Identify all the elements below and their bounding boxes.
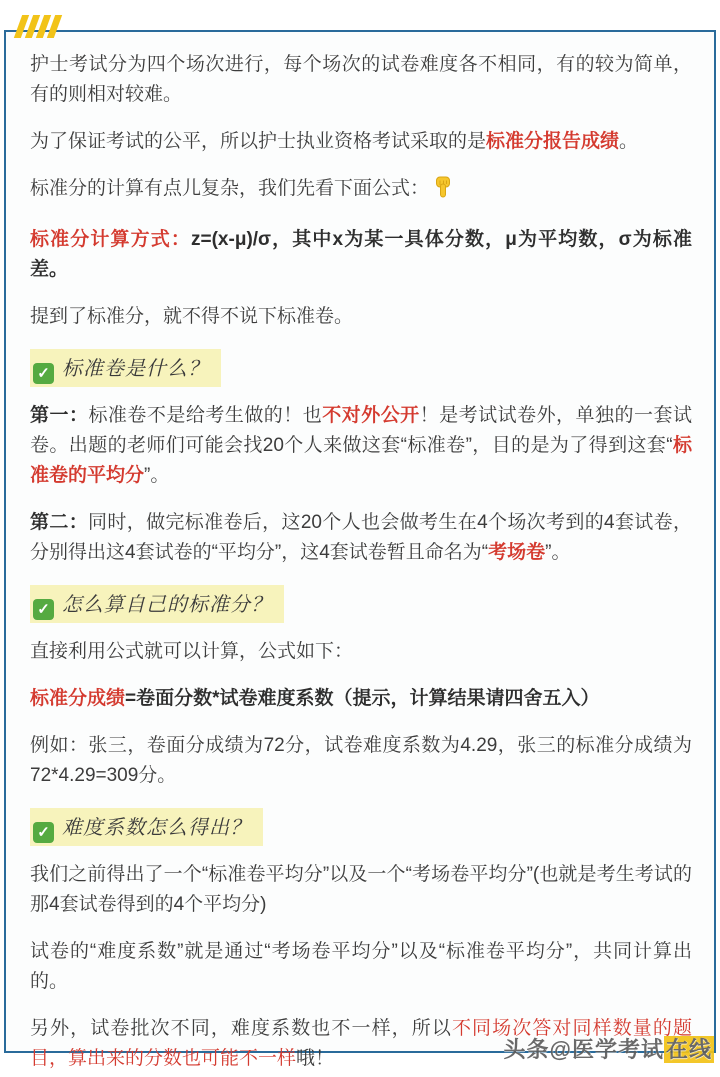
paragraph: 例如：张三，卷面分成绩为72分，试卷难度系数为4.29，张三的标准分成绩为72*…	[30, 731, 692, 791]
text-run-bold: =卷面分数*试卷难度系数（提示，计算结果请四舍五入）	[125, 688, 600, 709]
text-run-bold: 第一：	[30, 405, 88, 426]
section-heading: ✓难度系数怎么得出？	[30, 808, 692, 846]
heading-highlight: ✓怎么算自己的标准分？	[30, 585, 284, 623]
text-run: 标准卷不是给考生做的！也	[88, 405, 322, 426]
watermark-text: 头条@医学考试	[504, 1037, 664, 1062]
paragraph: 标准分计算方式：z=(x-μ)/σ，其中x为某一具体分数，μ为平均数，σ为标准差…	[30, 225, 692, 285]
heading-text: 难度系数怎么得出？	[62, 817, 251, 839]
green-check-icon: ✓	[33, 363, 54, 384]
heading-highlight: ✓标准卷是什么？	[30, 349, 221, 387]
paragraph: 直接利用公式就可以计算，公式如下：	[30, 637, 692, 667]
text-run: 另外，试卷批次不同，难度系数也不一样，所以	[30, 1018, 452, 1039]
text-run-red-bold: 标准分报告成绩	[486, 131, 619, 152]
heading-highlight: ✓难度系数怎么得出？	[30, 808, 263, 846]
paragraph: 试卷的“难度系数”就是通过“考场卷平均分”以及“标准卷平均分”，共同计算出的。	[30, 937, 692, 997]
text-run: 直接利用公式就可以计算，公式如下：	[30, 641, 353, 662]
watermark: 头条@医学考试在线	[504, 1033, 714, 1064]
heading-text: 怎么算自己的标准分？	[62, 594, 272, 616]
text-run: 我们之前得出了一个“标准卷平均分”以及一个“考场卷平均分”(也就是考生考试的那4…	[30, 864, 692, 915]
paragraph: 标准分的计算有点儿复杂，我们先看下面公式：	[30, 174, 692, 208]
text-run: 。	[619, 131, 638, 152]
heading-text: 标准卷是什么？	[62, 358, 209, 380]
text-run: 同时，做完标准卷后，这20个人也会做考生在4个场次考到的4套试卷，分别得出这4套…	[30, 512, 692, 563]
text-run: 护士考试分为四个场次进行，每个场次的试卷难度各不相同，有的较为简单，有的则相对较…	[30, 54, 692, 105]
section-heading: ✓怎么算自己的标准分？	[30, 585, 692, 623]
paragraph: 第一：标准卷不是给考生做的！也不对外公开！是考试试卷外，单独的一套试卷。出题的老…	[30, 401, 692, 491]
text-run: ”。	[545, 542, 570, 563]
text-run: 标准分的计算有点儿复杂，我们先看下面公式：	[30, 178, 429, 199]
text-run: 例如：张三，卷面分成绩为72分，试卷难度系数为4.29，张三的标准分成绩为72*…	[30, 735, 692, 786]
text-run: 试卷的“难度系数”就是通过“考场卷平均分”以及“标准卷平均分”，共同计算出的。	[30, 941, 692, 992]
text-run: ”。	[144, 465, 169, 486]
paragraph: 我们之前得出了一个“标准卷平均分”以及一个“考场卷平均分”(也就是考生考试的那4…	[30, 860, 692, 920]
content-box: 护士考试分为四个场次进行，每个场次的试卷难度各不相同，有的较为简单，有的则相对较…	[4, 30, 716, 1053]
text-run-bold: 第二：	[30, 512, 88, 533]
paragraph: 为了保证考试的公平，所以护士执业资格考试采取的是标准分报告成绩。	[30, 127, 692, 157]
section-heading: ✓标准卷是什么？	[30, 349, 692, 387]
text-run-red-bold: 标准分计算方式：	[30, 229, 191, 250]
watermark-highlight-text: 在线	[664, 1036, 714, 1063]
text-run: 哦！	[296, 1048, 334, 1069]
text-run: 提到了标准分，就不得不说下标准卷。	[30, 306, 353, 327]
point-down-hand-icon	[433, 176, 453, 208]
green-check-icon: ✓	[33, 822, 54, 843]
paragraph: 第二：同时，做完标准卷后，这20个人也会做考生在4个场次考到的4套试卷，分别得出…	[30, 508, 692, 568]
paragraph: 提到了标准分，就不得不说下标准卷。	[30, 302, 692, 332]
text-run-red-bold: 考场卷	[488, 542, 545, 563]
decoration-marks	[18, 15, 58, 38]
article-body: 护士考试分为四个场次进行，每个场次的试卷难度各不相同，有的较为简单，有的则相对较…	[30, 50, 692, 1074]
text-run-red-bold: 标准分成绩	[30, 688, 125, 709]
green-check-icon: ✓	[33, 599, 54, 620]
paragraph: 标准分成绩=卷面分数*试卷难度系数（提示，计算结果请四舍五入）	[30, 684, 692, 714]
paragraph: 护士考试分为四个场次进行，每个场次的试卷难度各不相同，有的较为简单，有的则相对较…	[30, 50, 692, 110]
text-run: 为了保证考试的公平，所以护士执业资格考试采取的是	[30, 131, 486, 152]
text-run-red-bold: 不对外公开	[322, 405, 419, 426]
